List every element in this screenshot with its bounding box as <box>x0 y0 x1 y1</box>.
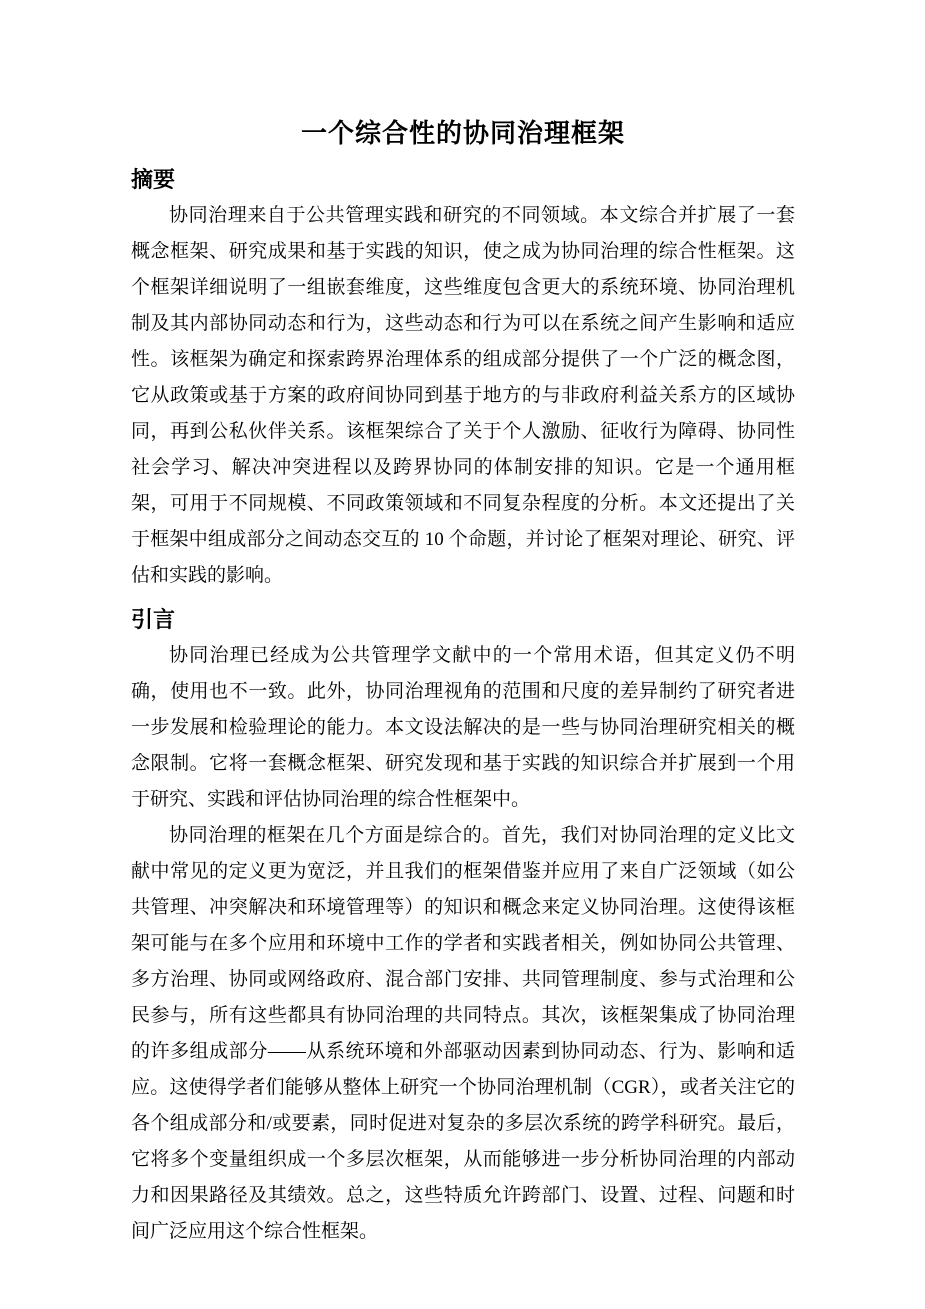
section-heading-introduction: 引言 <box>131 602 795 638</box>
document-page: 一个综合性的协同治理框架 摘要 协同治理来自于公共管理实践和研究的不同领域。本文… <box>0 0 925 1309</box>
introduction-paragraph-1: 协同治理已经成为公共管理学文献中的一个常用术语，但其定义仍不明确，使用也不一致。… <box>131 638 795 818</box>
section-heading-abstract: 摘要 <box>131 162 795 198</box>
document-title: 一个综合性的协同治理框架 <box>131 112 795 154</box>
abstract-paragraph: 协同治理来自于公共管理实践和研究的不同领域。本文综合并扩展了一套概念框架、研究成… <box>131 198 795 594</box>
introduction-paragraph-2: 协同治理的框架在几个方面是综合的。首先，我们对协同治理的定义比文献中常见的定义更… <box>131 818 795 1250</box>
